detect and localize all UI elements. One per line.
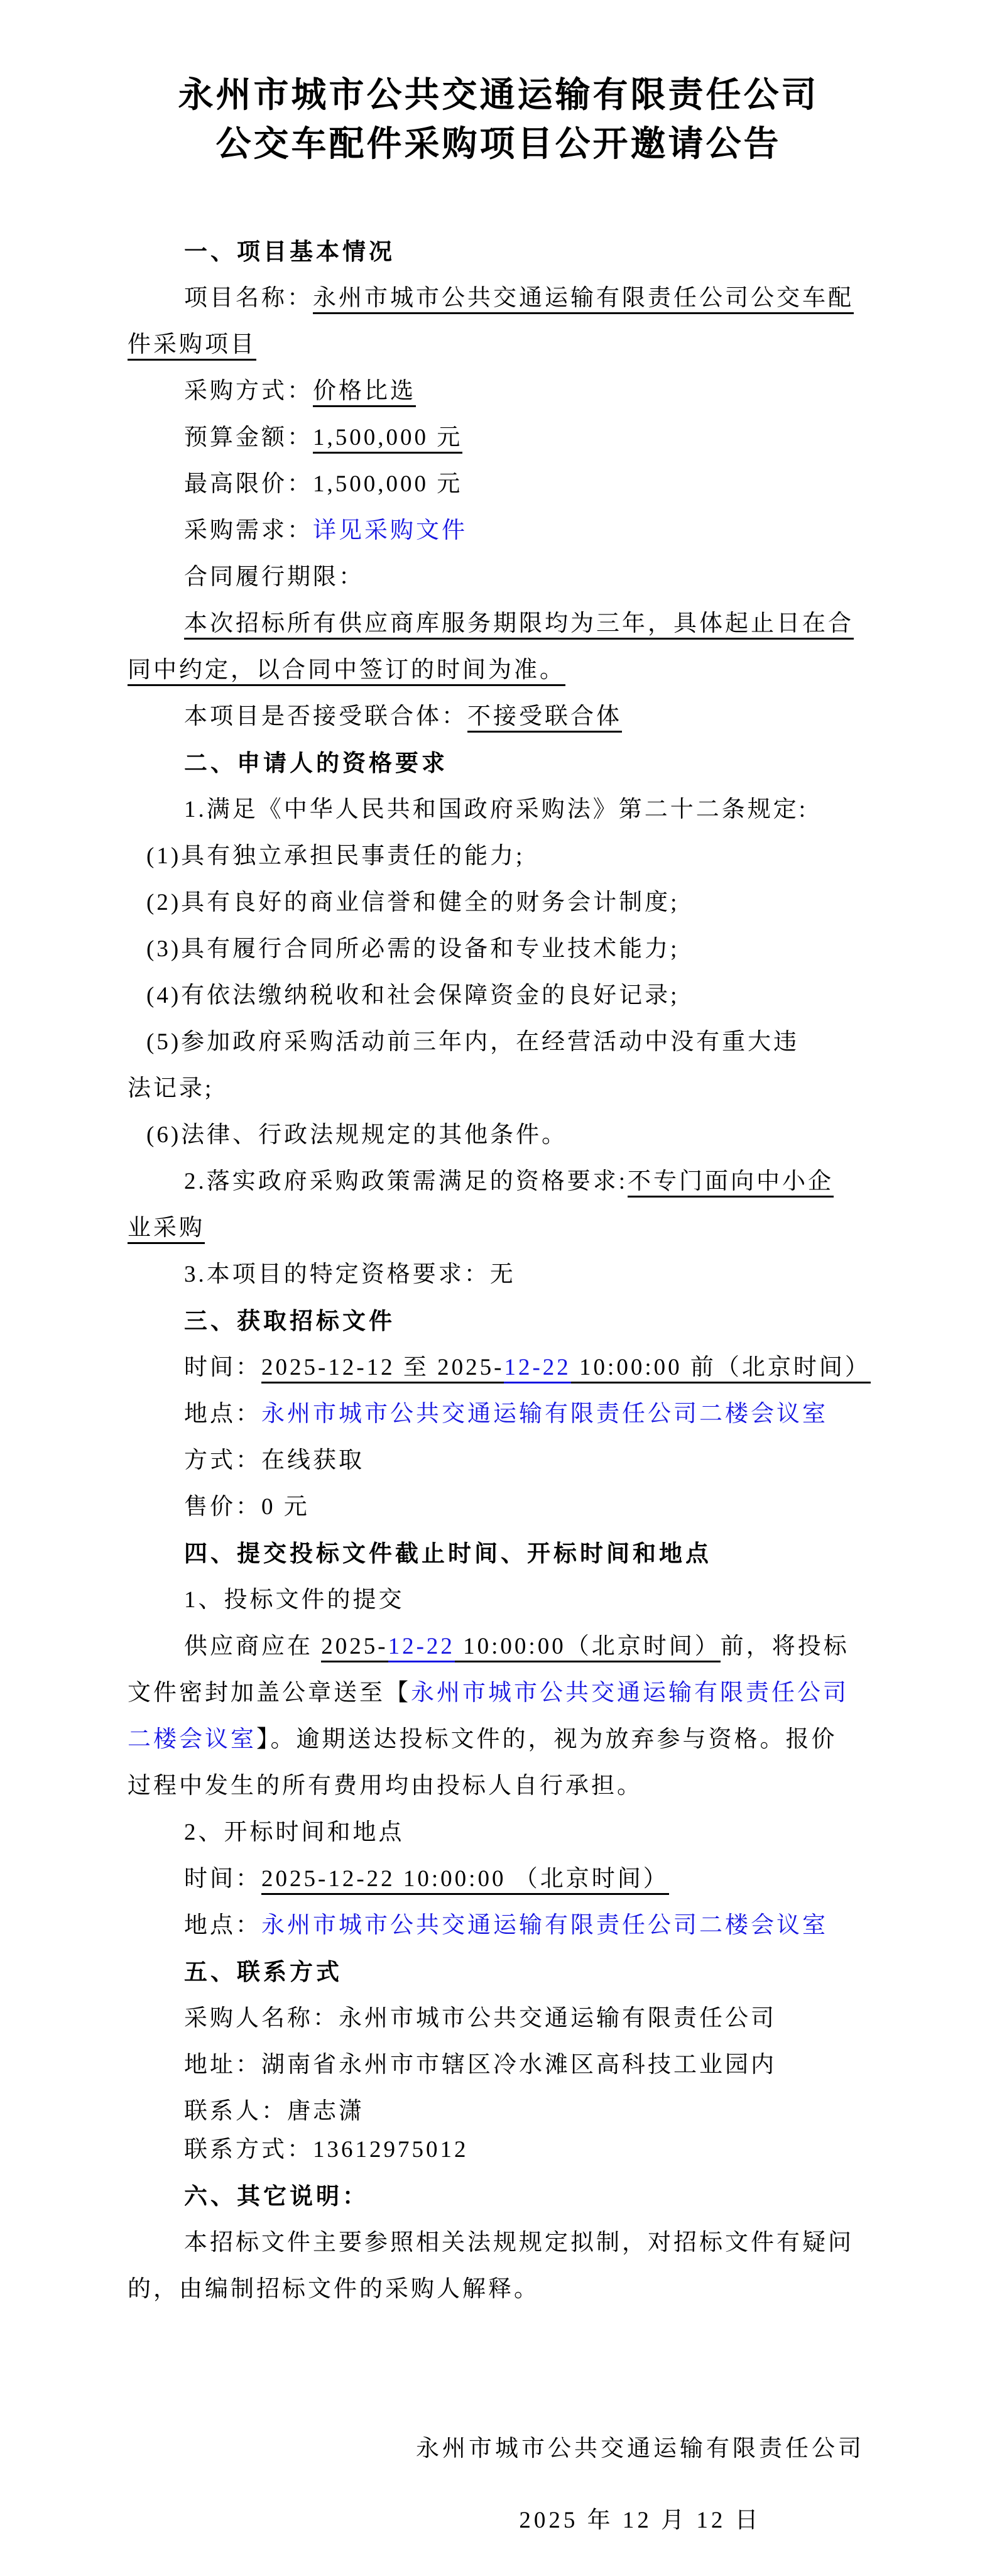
text-segment: 供应商应在 [184,1634,321,1659]
signature-company: 永州市城市公共交通运输有限责任公司 [410,2426,870,2472]
text-segment: 法记录; [128,1076,214,1101]
doc-line-6: 最高限价：1,500,000 元 [128,461,870,508]
doc-line-2: 项目名称：永州市城市公共交通运输有限责任公司公交车配 [128,275,870,322]
text-segment: 价格比选 [313,378,416,407]
doc-line-21: 2.落实政府采购政策需满足的资格要求:不专门面向中小企 [128,1159,870,1205]
doc-line-14: (1)具有独立承担民事责任的能力; [128,833,870,880]
text-segment: 前，将投标 [721,1634,849,1659]
doc-line-26: 地点：永州市城市公共交通运输有限责任公司二楼会议室 [128,1391,870,1438]
doc-line-20: (6)法律、行政法规规定的其他条件。 [128,1112,870,1159]
text-segment: (4)有依法缴纳税收和社会保障资金的良好记录; [146,983,679,1008]
text-segment: 1,500,000 元 [313,425,462,454]
text-segment: 2025-12-22 10:00:00 （北京时间） [261,1866,669,1895]
text-segment: 的，由编制招标文件的采购人解释。 [128,2276,540,2302]
text-segment: 售价：0 元 [184,1494,310,1520]
text-segment: (1)具有独立承担民事责任的能力; [146,843,525,869]
link-text: 永州市城市公共交通运输有限责任公司 [411,1680,849,1706]
text-segment: 方式：在线获取 [184,1448,364,1473]
link-text: 12-22 [388,1634,455,1662]
text-segment: 业采购 [128,1215,205,1244]
text-segment: 不专门面向中小企 [628,1169,834,1198]
link-text: 二楼会议室 [128,1727,256,1752]
doc-line-15: (2)具有良好的商业信誉和健全的财务会计制度; [128,880,870,926]
text-segment: 时间： [184,1866,261,1892]
doc-line-43: 六、其它说明： [128,2173,870,2220]
doc-line-23: 3.本项目的特定资格要求：无 [128,1252,870,1298]
text-segment: (3)具有履行合同所必需的设备和专业技术能力; [146,936,679,962]
document-body: 一、项目基本情况项目名称：永州市城市公共交通运输有限责任公司公交车配件采购项目采… [128,229,870,2313]
text-segment: 地点： [184,1401,261,1427]
document-title: 永州市城市公共交通运输有限责任公司 公交车配件采购项目公开邀请公告 [0,0,997,168]
doc-line-19: 法记录; [128,1066,870,1112]
text-segment: (6)法律、行政法规规定的其他条件。 [146,1122,567,1148]
doc-line-30: 1、投标文件的提交 [128,1577,870,1624]
text-segment: 2025- [321,1634,388,1662]
doc-line-11: 本项目是否接受联合体：不接受联合体 [128,694,870,740]
text-segment: 采购人名称：永州市城市公共交通运输有限责任公司 [184,2006,776,2031]
text-segment: 六、其它说明： [184,2183,369,2209]
text-segment: 2、开标时间和地点 [184,1820,405,1845]
text-segment: 本次招标所有供应商库服务期限均为三年，具体起止日在合 [184,611,854,640]
text-segment: 联系方式：13612975012 [184,2137,469,2163]
doc-line-39: 采购人名称：永州市城市公共交通运输有限责任公司 [128,1995,870,2042]
doc-line-35: 2、开标时间和地点 [128,1809,870,1856]
doc-line-40: 地址：湖南省永州市市辖区冷水滩区高科技工业园内 [128,2042,870,2088]
text-segment: 五、联系方式 [184,1959,342,1985]
text-segment: 合同履行期限： [184,564,364,590]
doc-line-7: 采购需求：详见采购文件 [128,508,870,554]
link-text: 永州市城市公共交通运输有限责任公司二楼会议室 [261,1401,828,1427]
doc-line-38: 五、联系方式 [128,1949,870,1995]
doc-line-9: 本次招标所有供应商库服务期限均为三年，具体起止日在合 [128,601,870,647]
text-segment: 一、项目基本情况 [184,239,395,265]
text-segment: 最高限价：1,500,000 元 [184,471,462,497]
signature-block: 永州市城市公共交通运输有限责任公司 2025 年 12 月 12 日 [410,2426,870,2544]
doc-line-10: 同中约定，以合同中签订的时间为准。 [128,647,870,694]
link-text: 详见采购文件 [313,518,467,543]
text-segment: 本招标文件主要参照相关法规规定拟制，对招标文件有疑问 [184,2230,854,2256]
doc-line-22: 业采购 [128,1205,870,1252]
text-segment: 本项目是否接受联合体： [184,704,467,729]
text-segment: 3.本项目的特定资格要求：无 [184,1262,516,1287]
text-segment: 预算金额： [184,425,313,450]
doc-line-16: (3)具有履行合同所必需的设备和专业技术能力; [128,926,870,973]
doc-line-25: 时间：2025-12-12 至 2025-12-22 10:00:00 前（北京… [128,1345,870,1391]
text-segment: 10:00:00（北京时间） [455,1634,721,1662]
doc-line-24: 三、获取招标文件 [128,1298,870,1345]
document-title-line2: 公交车配件采购项目公开邀请公告 [0,119,997,168]
doc-line-1: 一、项目基本情况 [128,229,870,275]
link-text: 永州市城市公共交通运输有限责任公司二楼会议室 [261,1913,828,1938]
text-segment: 过程中发生的所有费用均由投标人自行承担。 [128,1773,643,1799]
text-segment: (2)具有良好的商业信誉和健全的财务会计制度; [146,890,679,915]
link-text: 12-22 [504,1355,570,1384]
doc-line-18: (5)参加政府采购活动前三年内，在经营活动中没有重大违 [128,1019,870,1066]
text-segment: 时间： [184,1355,261,1380]
doc-line-4: 采购方式：价格比选 [128,368,870,415]
doc-line-45: 的，由编制招标文件的采购人解释。 [128,2266,870,2313]
text-segment: 地点： [184,1913,261,1938]
document-page: 永州市城市公共交通运输有限责任公司 公交车配件采购项目公开邀请公告 一、项目基本… [0,0,997,2576]
doc-line-12: 二、申请人的资格要求 [128,740,870,787]
doc-line-36: 时间：2025-12-22 10:00:00 （北京时间） [128,1856,870,1902]
text-segment: 件采购项目 [128,332,256,361]
doc-line-5: 预算金额：1,500,000 元 [128,415,870,461]
text-segment: 二、申请人的资格要求 [184,750,448,776]
text-segment: 同中约定，以合同中签订的时间为准。 [128,657,565,686]
document-title-line1: 永州市城市公共交通运输有限责任公司 [0,70,997,119]
doc-line-8: 合同履行期限： [128,554,870,601]
text-segment: 采购方式： [184,378,313,404]
text-segment: 10:00:00 前（北京时间） [571,1355,871,1384]
text-segment: 】。逾期送达投标文件的，视为放弃参与资格。报价 [256,1727,837,1752]
doc-line-34: 过程中发生的所有费用均由投标人自行承担。 [128,1763,870,1809]
doc-line-32: 文件密封加盖公章送至【永州市城市公共交通运输有限责任公司 [128,1670,870,1716]
doc-line-17: (4)有依法缴纳税收和社会保障资金的良好记录; [128,973,870,1019]
doc-line-42: 联系方式：13612975012 [128,2127,870,2173]
text-segment: 地址：湖南省永州市市辖区冷水滩区高科技工业园内 [184,2052,776,2078]
text-segment: 四、提交投标文件截止时间、开标时间和地点 [184,1541,712,1566]
doc-line-27: 方式：在线获取 [128,1438,870,1484]
text-segment: 永州市城市公共交通运输有限责任公司公交车配 [313,285,854,314]
text-segment: (5)参加政府采购活动前三年内，在经营活动中没有重大违 [146,1029,799,1055]
doc-line-3: 件采购项目 [128,322,870,368]
text-segment: 2.落实政府采购政策需满足的资格要求: [184,1169,628,1194]
text-segment: 1.满足《中华人民共和国政府采购法》第二十二条规定: [184,797,808,822]
doc-line-28: 售价：0 元 [128,1484,870,1531]
text-segment: 2025-12-12 至 2025- [261,1355,504,1384]
doc-line-31: 供应商应在 2025-12-22 10:00:00（北京时间）前，将投标 [128,1624,870,1670]
doc-line-37: 地点：永州市城市公共交通运输有限责任公司二楼会议室 [128,1902,870,1949]
text-segment: 不接受联合体 [467,704,622,733]
doc-line-44: 本招标文件主要参照相关法规规定拟制，对招标文件有疑问 [128,2220,870,2266]
signature-date: 2025 年 12 月 12 日 [410,2497,870,2544]
text-segment: 采购需求： [184,518,313,543]
doc-line-13: 1.满足《中华人民共和国政府采购法》第二十二条规定: [128,787,870,833]
text-segment: 1、投标文件的提交 [184,1587,405,1613]
doc-line-29: 四、提交投标文件截止时间、开标时间和地点 [128,1531,870,1577]
text-segment: 三、获取招标文件 [184,1308,395,1334]
text-segment: 项目名称： [184,285,313,311]
text-segment: 联系人：唐志潇 [184,2098,364,2124]
doc-line-33: 二楼会议室】。逾期送达投标文件的，视为放弃参与资格。报价 [128,1716,870,1763]
text-segment: 文件密封加盖公章送至【 [128,1680,411,1706]
